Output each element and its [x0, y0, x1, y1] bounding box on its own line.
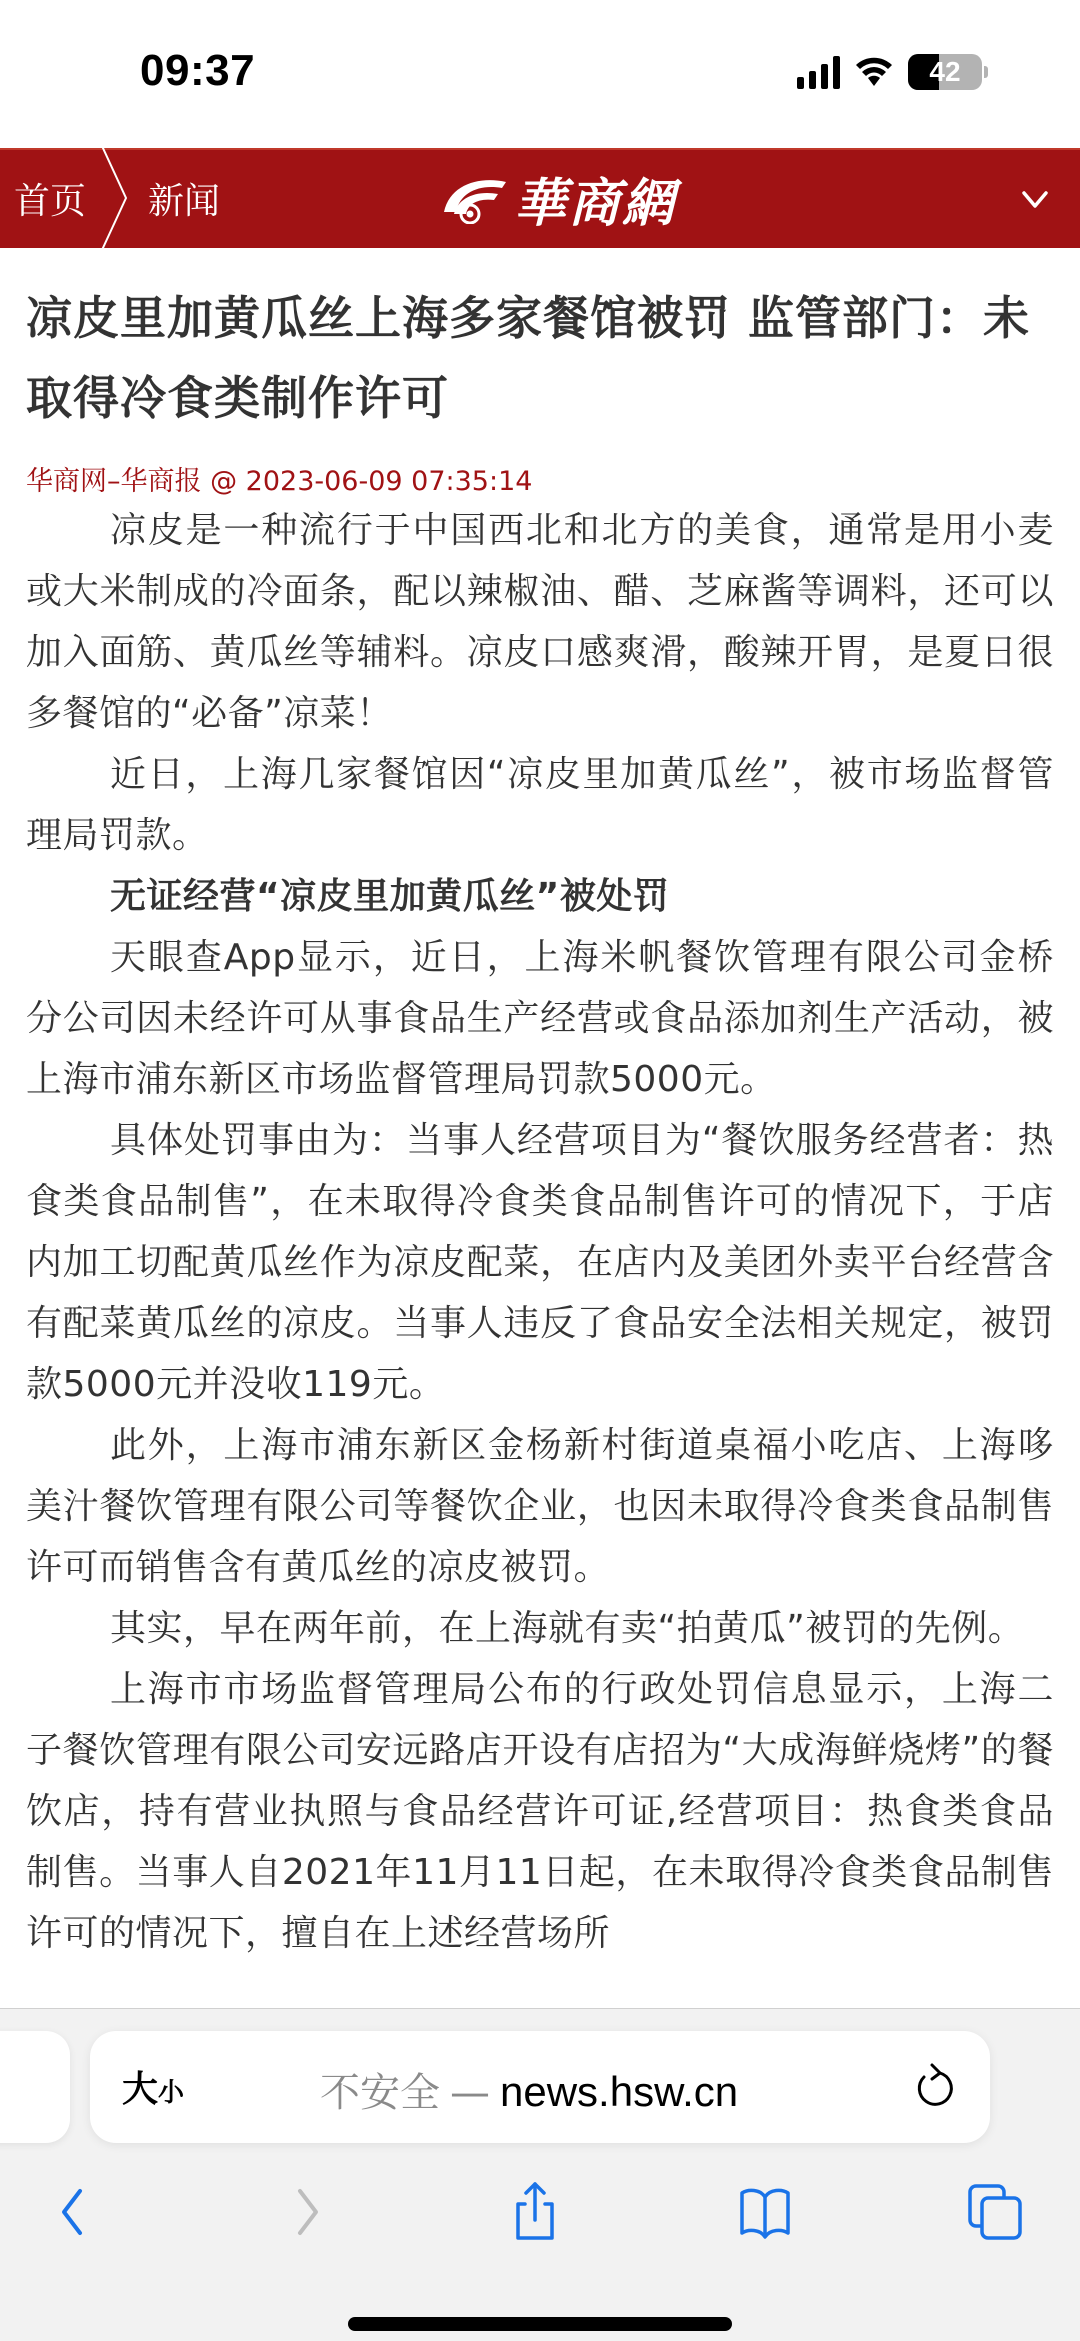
previous-tab-card[interactable]	[0, 2031, 70, 2143]
book-icon	[736, 2185, 794, 2239]
text-size-small: 小	[158, 2078, 184, 2108]
tabs-button[interactable]	[960, 2177, 1030, 2247]
article-subheading: 无证经营“凉皮里加黄瓜丝”被处罚	[26, 866, 1054, 927]
article-meta: 华商网–华商报 @ 2023-06-09 07:35:14	[26, 464, 1054, 500]
breadcrumb-separator-icon	[98, 146, 132, 250]
bookmarks-button[interactable]	[730, 2177, 800, 2247]
security-label: 不安全	[320, 2061, 440, 2118]
url-host: news.hsw.cn	[500, 2068, 738, 2116]
address-bar[interactable]: 大小 不安全 — news.hsw.cn	[90, 2031, 990, 2143]
cellular-signal-icon	[797, 55, 840, 89]
url-separator: —	[450, 2070, 490, 2116]
home-indicator[interactable]	[348, 2317, 732, 2331]
share-button[interactable]	[500, 2177, 570, 2247]
tabs-icon	[966, 2182, 1024, 2242]
text-size-big: 大	[122, 2069, 158, 2110]
article-paragraph: 天眼查App显示，近日，上海米帆餐饮管理有限公司金桥分公司因未经许可从事食品生产…	[26, 927, 1054, 1110]
article-title: 凉皮里加黄瓜丝上海多家餐馆被罚 监管部门：未取得冷食类制作许可	[26, 278, 1054, 438]
article-paragraph: 此外，上海市浦东新区金杨新村街道桌福小吃店、上海哆美汁餐饮管理有限公司等餐饮企业…	[26, 1415, 1054, 1598]
reload-icon[interactable]	[910, 2061, 958, 2113]
battery-level: 42	[929, 56, 960, 88]
url-display[interactable]: 不安全 — news.hsw.cn	[320, 2061, 738, 2118]
site-header: 首页 新闻 華商網	[0, 148, 1080, 248]
browser-bottom-bar: 大小 不安全 — news.hsw.cn	[0, 2008, 1080, 2341]
article-paragraph: 具体处罚事由为：当事人经营项目为“餐饮服务经营者：热食类食品制售”，在未取得冷食…	[26, 1110, 1054, 1415]
article-body: 凉皮是一种流行于中国西北和北方的美食，通常是用小麦或大米制成的冷面条，配以辣椒油…	[26, 500, 1054, 1964]
chevron-down-icon[interactable]	[1016, 180, 1054, 218]
browser-toolbar	[0, 2177, 1080, 2247]
text-size-button[interactable]: 大小	[122, 2061, 184, 2112]
status-bar: 09:37 42	[0, 0, 1080, 148]
chevron-left-icon	[58, 2187, 88, 2237]
breadcrumb-news[interactable]: 新闻	[148, 150, 220, 246]
logo-text: 華商網	[514, 161, 676, 236]
battery-icon: 42	[908, 54, 982, 90]
wifi-icon	[854, 56, 894, 88]
status-time: 09:37	[140, 46, 255, 96]
back-button[interactable]	[38, 2177, 108, 2247]
article-paragraph: 其实，早在两年前，在上海就有卖“拍黄瓜”被罚的先例。	[26, 1598, 1054, 1659]
battery-tip	[984, 66, 988, 78]
status-icons: 42	[797, 54, 988, 90]
breadcrumb-home[interactable]: 首页	[14, 150, 86, 246]
article-paragraph: 上海市市场监督管理局公布的行政处罚信息显示，上海二子餐饮管理有限公司安远路店开设…	[26, 1659, 1054, 1964]
site-logo[interactable]: 華商網	[440, 164, 676, 232]
article: 凉皮里加黄瓜丝上海多家餐馆被罚 监管部门：未取得冷食类制作许可 华商网–华商报 …	[0, 248, 1080, 1964]
forward-button[interactable]	[272, 2177, 342, 2247]
chevron-right-icon	[292, 2187, 322, 2237]
article-paragraph: 近日，上海几家餐馆因“凉皮里加黄瓜丝”，被市场监督管理局罚款。	[26, 744, 1054, 866]
share-icon	[510, 2180, 560, 2244]
logo-emblem-icon	[440, 172, 508, 224]
article-paragraph: 凉皮是一种流行于中国西北和北方的美食，通常是用小麦或大米制成的冷面条，配以辣椒油…	[26, 500, 1054, 744]
